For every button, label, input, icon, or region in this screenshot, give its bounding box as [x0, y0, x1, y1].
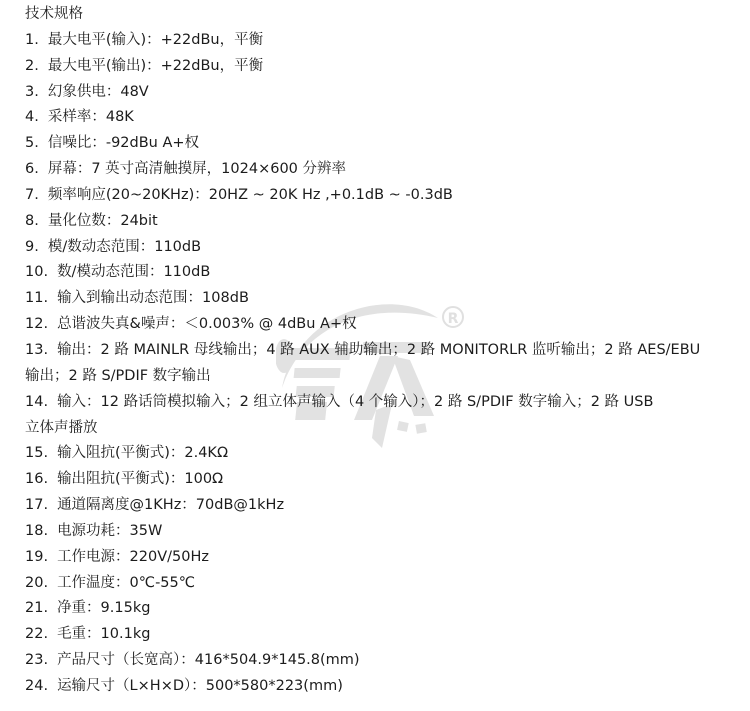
spec-number: 11.	[25, 286, 48, 312]
spec-text: 毛重：10.1kg	[57, 626, 150, 642]
spec-number: 10.	[25, 260, 48, 286]
spec-number: 24.	[25, 674, 48, 700]
spec-item: 6.屏幕：7 英寸高清触摸屏，1024×600 分辨率	[25, 157, 734, 183]
spec-number: 17.	[25, 493, 48, 519]
spec-number: 15.	[25, 441, 48, 467]
spec-item: 2.最大电平(输出)：+22dBu，平衡	[25, 54, 734, 80]
spec-list: 1.最大电平(输入)：+22dBu，平衡2.最大电平(输出)：+22dBu，平衡…	[25, 28, 734, 700]
spec-text: 输入：12 路话筒模拟输入；2 组立体声输入（4 个输入）；2 路 S/PDIF…	[25, 394, 653, 436]
spec-number: 12.	[25, 312, 48, 338]
spec-number: 9.	[25, 235, 39, 261]
spec-item: 24.运输尺寸（L×H×D）：500*580*223(mm)	[25, 674, 734, 700]
spec-text: 量化位数：24bit	[48, 213, 158, 229]
spec-item: 7.频率响应(20~20KHz)：20HZ ~ 20K Hz ,+0.1dB ~…	[25, 183, 734, 209]
spec-item: 5.信噪比：-92dBu A+权	[25, 131, 734, 157]
spec-number: 21.	[25, 596, 48, 622]
spec-number: 16.	[25, 467, 48, 493]
spec-text: 运输尺寸（L×H×D）：500*580*223(mm)	[57, 678, 343, 694]
spec-item: 3.幻象供电：48V	[25, 80, 734, 106]
spec-item: 4.采样率：48K	[25, 105, 734, 131]
spec-text: 最大电平(输入)：+22dBu，平衡	[48, 32, 263, 48]
spec-item: 21.净重：9.15kg	[25, 596, 734, 622]
spec-text: 输入到输出动态范围：108dB	[57, 290, 249, 306]
spec-text: 采样率：48K	[48, 109, 134, 125]
spec-item: 18.电源功耗：35W	[25, 519, 734, 545]
spec-text: 输出：2 路 MAINLR 母线输出；4 路 AUX 辅助输出；2 路 MONI…	[25, 342, 700, 384]
spec-number: 2.	[25, 54, 39, 80]
spec-number: 7.	[25, 183, 39, 209]
spec-text: 电源功耗：35W	[57, 523, 162, 539]
spec-number: 8.	[25, 209, 39, 235]
spec-item: 23.产品尺寸（长宽高）：416*504.9*145.8(mm)	[25, 648, 734, 674]
spec-text: 工作电源：220V/50Hz	[57, 549, 209, 565]
spec-number: 18.	[25, 519, 48, 545]
spec-item: 1.最大电平(输入)：+22dBu，平衡	[25, 28, 734, 54]
spec-item: 22.毛重：10.1kg	[25, 622, 734, 648]
spec-text: 输出阻抗(平衡式)：100Ω	[57, 471, 223, 487]
spec-item: 14.输入：12 路话筒模拟输入；2 组立体声输入（4 个输入）；2 路 S/P…	[25, 390, 734, 442]
spec-item: 19.工作电源：220V/50Hz	[25, 545, 734, 571]
spec-text: 数/模动态范围：110dB	[57, 264, 210, 280]
spec-number: 23.	[25, 648, 48, 674]
spec-item: 20.工作温度：0℃-55℃	[25, 571, 734, 597]
spec-document: 技术规格 1.最大电平(输入)：+22dBu，平衡2.最大电平(输出)：+22d…	[0, 0, 750, 700]
spec-text: 最大电平(输出)：+22dBu，平衡	[48, 58, 263, 74]
spec-item: 11.输入到输出动态范围：108dB	[25, 286, 734, 312]
spec-number: 1.	[25, 28, 39, 54]
spec-number: 20.	[25, 571, 48, 597]
spec-number: 4.	[25, 105, 39, 131]
spec-number: 22.	[25, 622, 48, 648]
spec-item: 9.模/数动态范围：110dB	[25, 235, 734, 261]
spec-item: 15.输入阻抗(平衡式)：2.4KΩ	[25, 441, 734, 467]
spec-text: 屏幕：7 英寸高清触摸屏，1024×600 分辨率	[48, 161, 346, 177]
spec-item: 8.量化位数：24bit	[25, 209, 734, 235]
spec-item: 12.总谐波失真&噪声：＜0.003% @ 4dBu A+权	[25, 312, 734, 338]
spec-text: 工作温度：0℃-55℃	[57, 575, 195, 591]
spec-number: 14.	[25, 390, 48, 416]
spec-text: 频率响应(20~20KHz)：20HZ ~ 20K Hz ,+0.1dB ~ -…	[48, 187, 453, 203]
spec-text: 信噪比：-92dBu A+权	[48, 135, 199, 151]
spec-text: 通道隔离度@1KHz：70dB@1kHz	[57, 497, 284, 513]
spec-text: 幻象供电：48V	[48, 84, 149, 100]
spec-number: 5.	[25, 131, 39, 157]
spec-text: 输入阻抗(平衡式)：2.4KΩ	[57, 445, 228, 461]
spec-text: 模/数动态范围：110dB	[48, 239, 201, 255]
spec-text: 产品尺寸（长宽高）：416*504.9*145.8(mm)	[57, 652, 360, 668]
spec-number: 19.	[25, 545, 48, 571]
spec-item: 16.输出阻抗(平衡式)：100Ω	[25, 467, 734, 493]
spec-number: 3.	[25, 80, 39, 106]
spec-item: 10.数/模动态范围：110dB	[25, 260, 734, 286]
spec-number: 13.	[25, 338, 48, 364]
spec-number: 6.	[25, 157, 39, 183]
spec-text: 净重：9.15kg	[57, 600, 150, 616]
spec-item: 17.通道隔离度@1KHz：70dB@1kHz	[25, 493, 734, 519]
spec-item: 13.输出：2 路 MAINLR 母线输出；4 路 AUX 辅助输出；2 路 M…	[25, 338, 734, 390]
spec-text: 总谐波失真&噪声：＜0.003% @ 4dBu A+权	[57, 316, 357, 332]
page-title: 技术规格	[25, 2, 734, 28]
